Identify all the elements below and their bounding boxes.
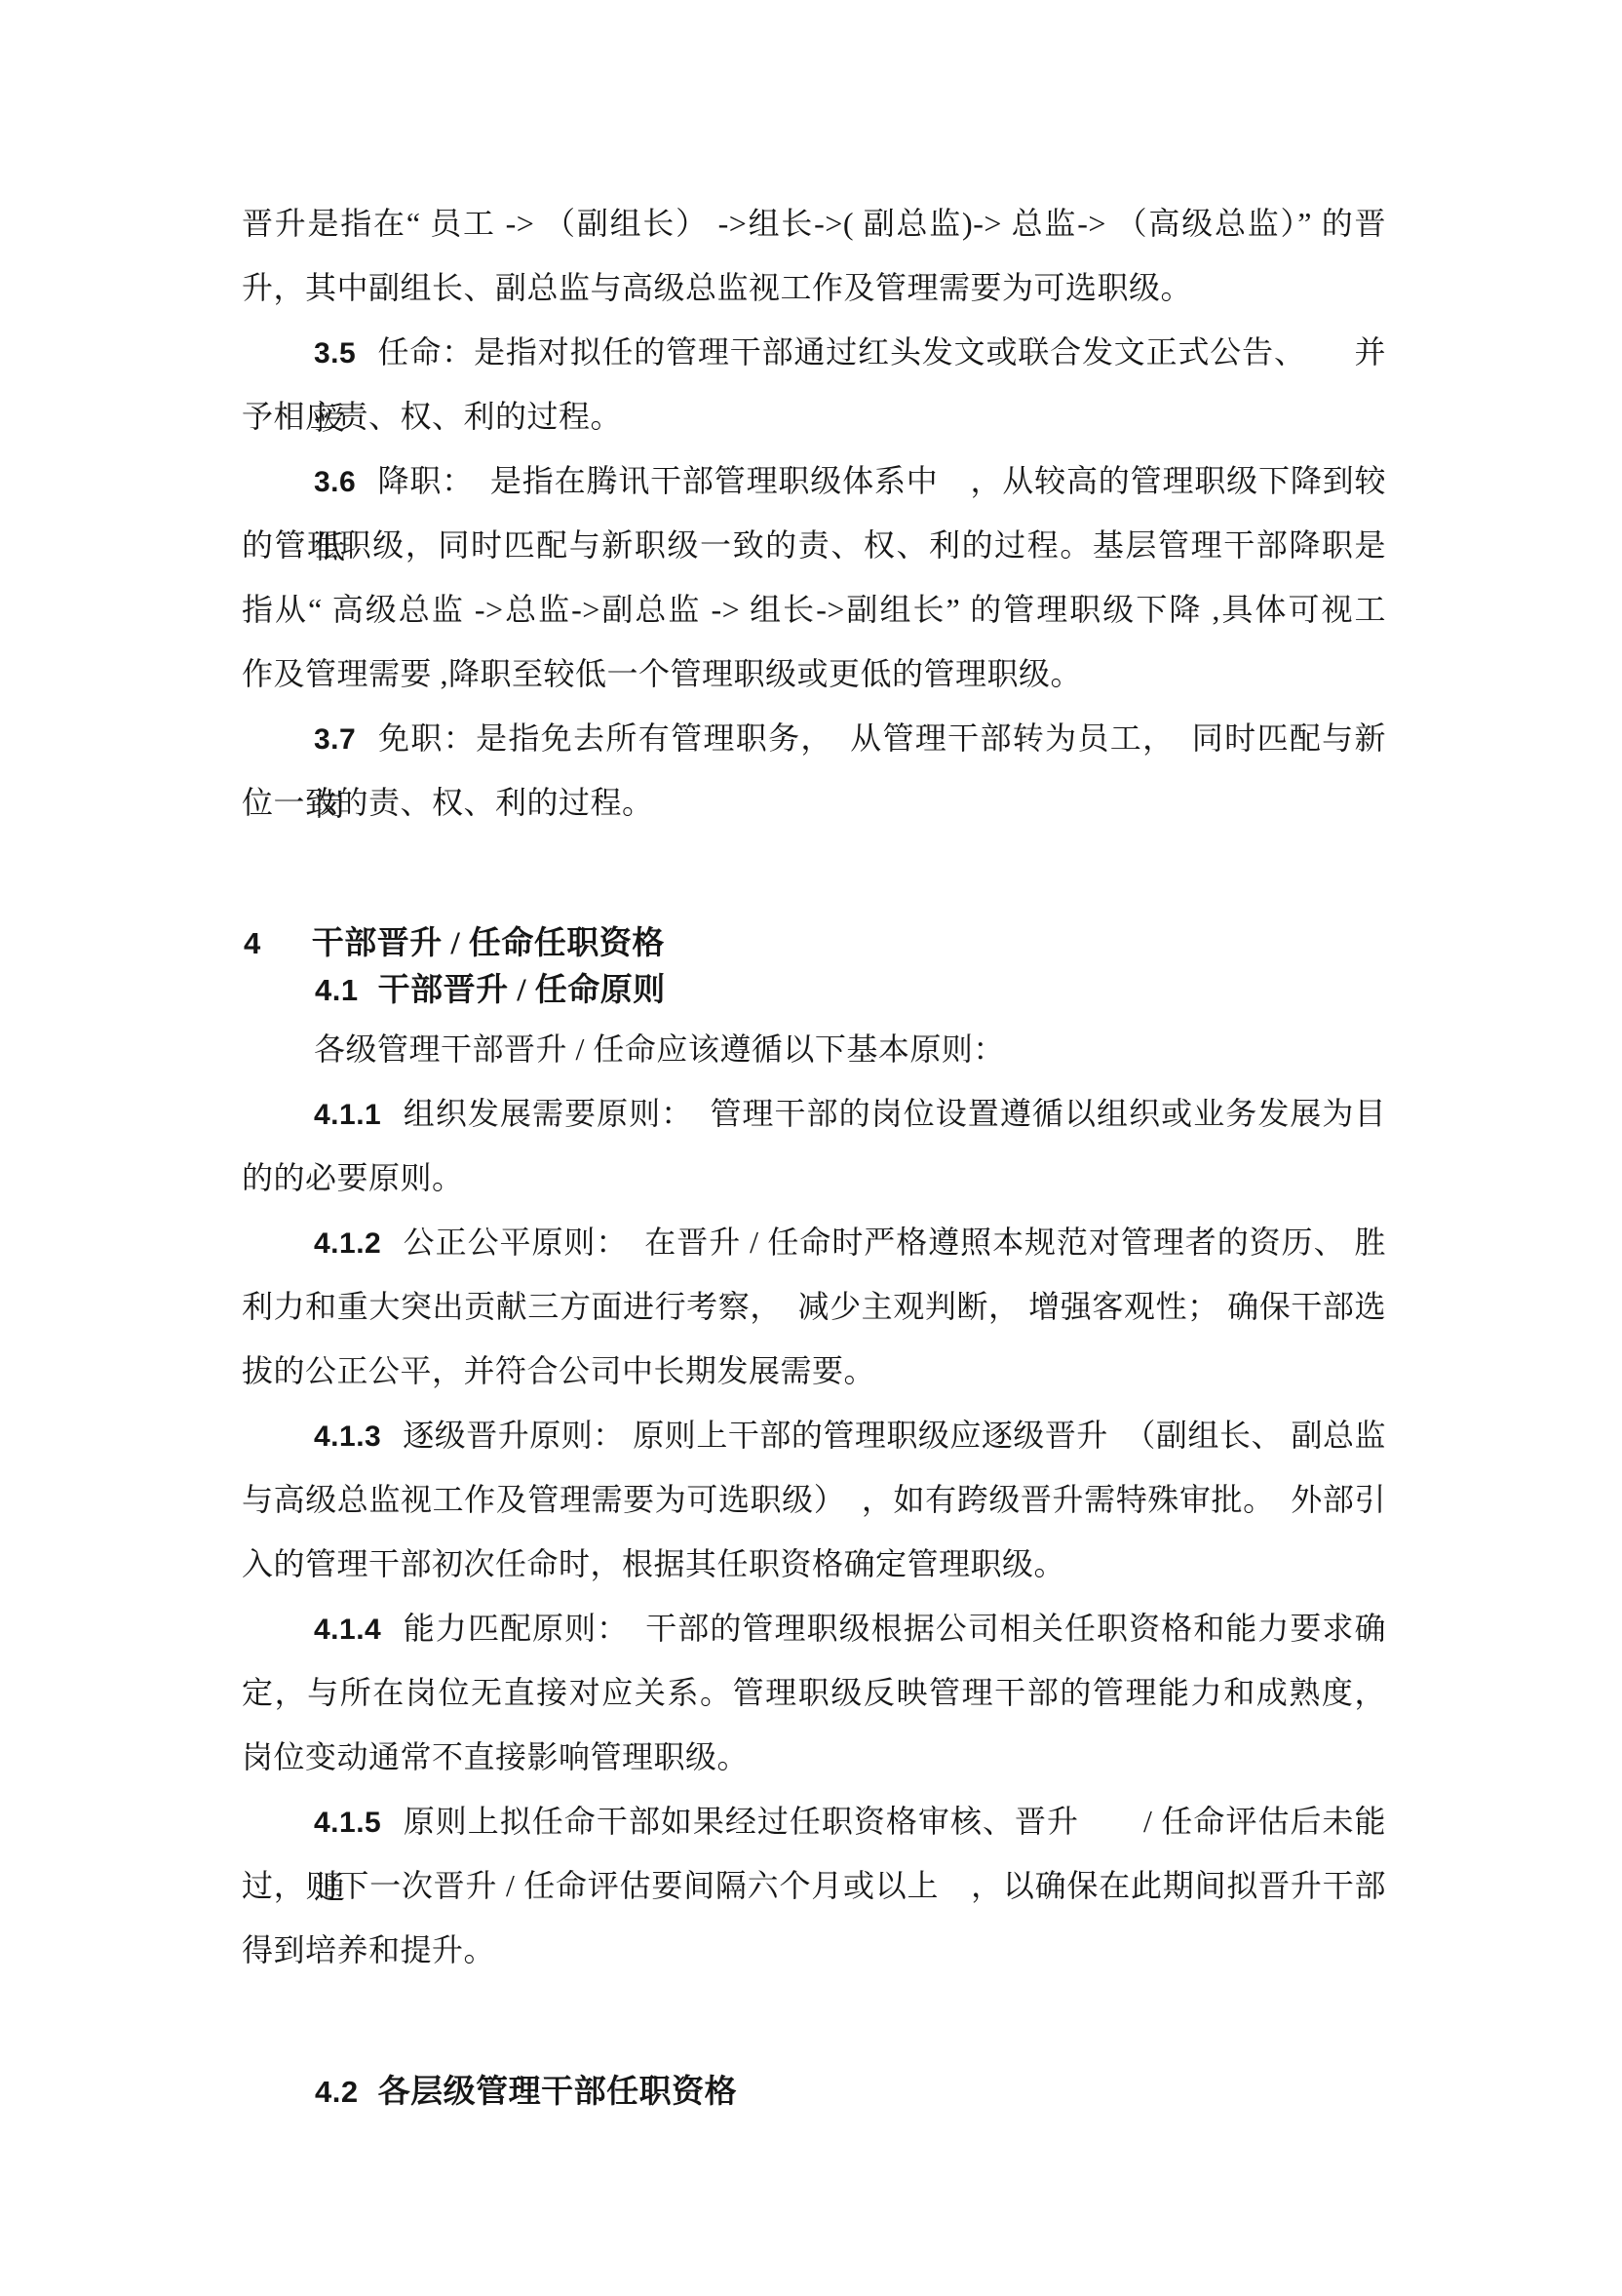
- line-text: 过，则下一次晋升 / 任命评估要间隔六个月或以上 ，以确保在此期间拟晋升干部: [242, 1868, 1386, 1903]
- doc-line: 晋升是指在“ 员工 -> （副组长） ->组长->( 副总监)-> 总监-> （…: [242, 191, 1386, 255]
- doc-line: 指从“ 高级总监 ->总监->副总监 -> 组长->副组长” 的管理职级下降 ,…: [242, 577, 1386, 642]
- line-text: 利力和重大突出贡献三方面进行考察， 减少主观判断， 增强客观性； 确保干部选: [242, 1289, 1386, 1324]
- doc-line: 利力和重大突出贡献三方面进行考察， 减少主观判断， 增强客观性； 确保干部选: [242, 1274, 1386, 1339]
- document-body: 晋升是指在“ 员工 -> （副组长） ->组长->( 副总监)-> 总监-> （…: [242, 191, 1386, 2115]
- doc-line: 入的管理干部初次任命时，根据其任职资格确定管理职级。: [242, 1532, 1386, 1596]
- section-number: 4.1: [315, 973, 359, 1007]
- line-text: 岗位变动通常不直接影响管理职级。: [242, 1739, 749, 1774]
- paragraph-4-1-4: 4.1.4能力匹配原则： 干部的管理职级根据公司相关任职资格和能力要求确: [242, 1596, 1386, 1660]
- line-text: 的管理职级，同时匹配与新职级一致的责、权、利的过程。基层管理干部降职是: [242, 527, 1386, 563]
- doc-line: 与高级总监视工作及管理需要为可选职级） ，如有跨级晋升需特殊审批。 外部引: [242, 1467, 1386, 1532]
- line-text: 拔的公正公平，并符合公司中长期发展需要。: [242, 1353, 875, 1388]
- section-number: 4.1.4: [314, 1614, 381, 1646]
- line-text: 能力匹配原则： 干部的管理职级根据公司相关任职资格和能力要求确: [403, 1611, 1386, 1646]
- paragraph-4-1-1: 4.1.1组织发展需要原则： 管理干部的岗位设置遵循以组织或业务发展为目: [242, 1081, 1386, 1146]
- section-number: 4.1.2: [314, 1227, 381, 1260]
- document-page: 晋升是指在“ 员工 -> （副组长） ->组长->( 副总监)-> 总监-> （…: [0, 0, 1622, 2296]
- doc-line: 过，则下一次晋升 / 任命评估要间隔六个月或以上 ，以确保在此期间拟晋升干部: [242, 1853, 1386, 1918]
- line-text: 各层级管理干部任职资格: [378, 2075, 738, 2110]
- section-number: 3.6: [314, 466, 356, 498]
- line-text: 干部晋升 / 任命任职资格: [312, 926, 665, 961]
- line-text: 与高级总监视工作及管理需要为可选职级） ，如有跨级晋升需特殊审批。 外部引: [242, 1482, 1386, 1517]
- section-number: 4.2: [315, 2075, 359, 2109]
- doc-line: 升，其中副组长、副总监与高级总监视工作及管理需要为可选职级。: [242, 255, 1386, 320]
- line-text: 干部晋升 / 任命原则: [378, 973, 666, 1008]
- section-number: 3.7: [314, 723, 356, 756]
- doc-line: 岗位变动通常不直接影响管理职级。: [242, 1725, 1386, 1789]
- doc-line: 得到培养和提升。: [242, 1918, 1386, 1982]
- doc-line: 各级管理干部晋升 / 任命应该遵循以下基本原则：: [242, 1017, 1386, 1081]
- line-text: 定，与所在岗位无直接对应关系。管理职级反映管理干部的管理能力和成熟度，: [242, 1675, 1386, 1710]
- section-number: 4.1.1: [314, 1099, 381, 1131]
- line-text: 指从“ 高级总监 ->总监->副总监 -> 组长->副组长” 的管理职级下降 ,…: [242, 592, 1386, 627]
- paragraph-4-1-2: 4.1.2公正公平原则： 在晋升 / 任命时严格遵照本规范对管理者的资历、 胜: [242, 1210, 1386, 1274]
- doc-line: 作及管理需要 ,降职至较低一个管理职级或更低的管理职级。: [242, 642, 1386, 706]
- paragraph-4-1-3: 4.1.3逐级晋升原则： 原则上干部的管理职级应逐级晋升 （副组长、 副总监: [242, 1403, 1386, 1467]
- section-number: 4.1.5: [314, 1807, 381, 1839]
- line-text: 逐级晋升原则： 原则上干部的管理职级应逐级晋升 （副组长、 副总监: [403, 1418, 1386, 1453]
- doc-line: 予相应责、权、利的过程。: [242, 384, 1386, 448]
- doc-line: 定，与所在岗位无直接对应关系。管理职级反映管理干部的管理能力和成熟度，: [242, 1660, 1386, 1725]
- line-text: 得到培养和提升。: [242, 1932, 495, 1967]
- line-text: 位一致的责、权、利的过程。: [242, 785, 654, 820]
- section-number: 3.5: [314, 337, 356, 370]
- line-text: 升，其中副组长、副总监与高级总监视工作及管理需要为可选职级。: [242, 270, 1192, 305]
- paragraph-3-5: 3.5任命：是指对拟任的管理干部通过红头发文或联合发文正式公告、 并授: [242, 320, 1386, 384]
- doc-line: 位一致的责、权、利的过程。: [242, 770, 1386, 835]
- doc-line: 的管理职级，同时匹配与新职级一致的责、权、利的过程。基层管理干部降职是: [242, 513, 1386, 577]
- line-text: 晋升是指在“ 员工 -> （副组长） ->组长->( 副总监)-> 总监-> （…: [242, 206, 1386, 241]
- line-text: 公正公平原则： 在晋升 / 任命时严格遵照本规范对管理者的资历、 胜: [403, 1225, 1386, 1260]
- line-text: 予相应责、权、利的过程。: [242, 399, 622, 434]
- paragraph-3-7: 3.7免职：是指免去所有管理职务， 从管理干部转为员工， 同时匹配与新岗: [242, 706, 1386, 770]
- line-text: 各级管理干部晋升 / 任命应该遵循以下基本原则：: [314, 1031, 1005, 1067]
- section-heading-4: 4干部晋升 / 任命任职资格: [242, 919, 1386, 966]
- paragraph-4-1-5: 4.1.5原则上拟任命干部如果经过任职资格审核、晋升 / 任命评估后未能通: [242, 1789, 1386, 1853]
- line-text: 的的必要原则。: [242, 1160, 464, 1195]
- paragraph-3-6: 3.6降职： 是指在腾讯干部管理职级体系中 ，从较高的管理职级下降到较低: [242, 448, 1386, 513]
- line-text: 组织发展需要原则： 管理干部的岗位设置遵循以组织或业务发展为目: [403, 1096, 1386, 1131]
- doc-line: 的的必要原则。: [242, 1146, 1386, 1210]
- section-heading-4-1: 4.1干部晋升 / 任命原则: [242, 966, 1386, 1013]
- line-text: 作及管理需要 ,降职至较低一个管理职级或更低的管理职级。: [242, 656, 1082, 691]
- section-heading-4-2: 4.2各层级管理干部任职资格: [242, 2068, 1386, 2115]
- section-number: 4: [244, 926, 261, 960]
- section-number: 4.1.3: [314, 1420, 381, 1453]
- line-text: 入的管理干部初次任命时，根据其任职资格确定管理职级。: [242, 1546, 1065, 1581]
- doc-line: 拔的公正公平，并符合公司中长期发展需要。: [242, 1339, 1386, 1403]
